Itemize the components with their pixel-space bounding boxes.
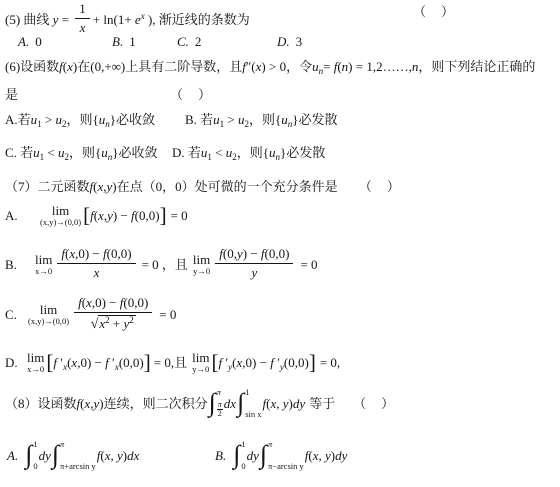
radical-sign: √ [91, 317, 99, 332]
math-segment: dy [39, 448, 51, 463]
fraction-denominator: x [75, 18, 90, 35]
left-bracket: [ [211, 352, 218, 373]
math-segment: 1 [79, 1, 86, 16]
math-segment: B. 若 [185, 112, 213, 127]
math-segment: ″( [246, 59, 256, 74]
q5-option-a: A.0 [18, 34, 42, 51]
outer-integral: ∫ππ2 [209, 388, 223, 418]
integral-upper-bound: 1 [245, 388, 261, 397]
math-segment: ) > 0，令 [261, 59, 312, 74]
math-segment: )连续，则二次积分 [99, 396, 207, 411]
math-segment: x [94, 265, 100, 280]
math-segment: (5) 曲线 [5, 12, 53, 27]
math-segment: （8）设函数 [5, 396, 77, 411]
integral-upper-bound: 1 [33, 440, 37, 449]
option-label: A. [18, 34, 29, 49]
q7c-fraction: f(x,0) − f(0,0)√x2 + y2 [74, 296, 152, 333]
q5-answer-blank: （ ） [413, 4, 455, 21]
option-value: 2 [195, 34, 202, 49]
math-segment: dy [247, 448, 259, 463]
limit-operator: limy→0 [192, 351, 209, 374]
limit-operator: lim(x,y)→(0,0) [28, 303, 69, 326]
math-segment: )在(0,+∞)上具有二阶导数，且 [73, 59, 242, 74]
q8-option-a: A.∫10dy∫ππ+arcsin yf(x, y)dx [7, 442, 139, 472]
integral-sign: ∫ [260, 440, 267, 469]
equals-zero: = 0 [300, 257, 317, 272]
limit-operator: limx→0 [27, 351, 44, 374]
math-segment: y [251, 265, 257, 280]
math-segment: > [224, 112, 238, 127]
math-segment: )在点（0，0）处可微的一个充分条件是 [112, 179, 337, 194]
math-segment: ) = 1,2……, [348, 59, 412, 74]
right-bracket: ] [160, 205, 167, 226]
math-segment: ，则{ [69, 145, 101, 160]
q8-stem: （8）设函数f(x,y)连续，则二次积分∫ππ2dx∫1sin xf(x, y)… [5, 390, 560, 420]
math-segment: ), 渐近线的条数为 [145, 12, 250, 27]
q5-option-b: B.1 [112, 34, 136, 51]
math-segment: < [212, 145, 226, 160]
option-label: D. [5, 355, 25, 372]
math-segment: dy [335, 448, 347, 463]
integral-sign: ∫ [52, 440, 59, 469]
option-label: D. [277, 34, 290, 49]
math-segment: }必收敛 [112, 145, 157, 160]
q6-stem-tail: 是 [5, 87, 18, 102]
q8-equals-text: 等于 [309, 396, 335, 411]
right-bracket: ] [309, 352, 316, 373]
q5-stem: (5) 曲线 y = 1x+ ln(1+ ex ), 渐近线的条数为 （ ） [5, 4, 560, 38]
q7-option-a: A.lim(x,y)→(0,0)[f(x,y) − f(0,0)]= 0 [5, 206, 560, 229]
q8b-integrand: f(x, y)dy [305, 448, 348, 463]
math-segment: (0,0) [135, 208, 160, 223]
equals-and: = 0,且 [154, 355, 187, 370]
integral-sign: ∫ [233, 440, 240, 469]
q6-option-b: B. 若u1 > u2，则{un}必发散 [185, 112, 338, 129]
q5-option-c: C.2 [177, 34, 201, 51]
option-label: B. [112, 34, 123, 49]
q7b-fraction-2: f(0,y) − f(0,0)y [215, 247, 293, 281]
integral-upper-bound: π [60, 440, 96, 449]
q6-stem-line2: 是 （ ） [5, 87, 560, 104]
math-segment: x [80, 20, 86, 35]
math-segment: (0,0) [265, 246, 290, 261]
q6-stem-text: (6)设函数f(x)在(0,+∞)上具有二阶导数，且f″(x) > 0，令un=… [5, 59, 535, 74]
q8-stem-text: （8）设函数f(x,y)连续，则二次积分 [5, 396, 208, 411]
q7b-fraction-1: f(x,0) − f(0,0)x [57, 247, 135, 281]
q6-option-c: C. 若u1 < u2，则{un}必收敛 [5, 145, 158, 162]
left-bracket: [ [83, 205, 90, 226]
math-segment: ,0) − [242, 355, 270, 370]
math-segment: D. 若 [172, 145, 201, 160]
math-segment: (6)设函数 [5, 59, 59, 74]
fraction-numerator: 1 [75, 2, 90, 18]
math-segment: ，则{ [237, 145, 269, 160]
inner-integral: ∫ππ−arcsin y [260, 440, 304, 470]
option-label: A. [7, 448, 18, 463]
integral-lower-bound: π+arcsin y [60, 462, 96, 471]
option-value: 3 [296, 34, 303, 49]
equals-and: = 0 ，且 [142, 257, 188, 272]
math-segment: = [323, 59, 334, 74]
math-segment: dx [127, 448, 139, 463]
q7-stem-text: （7）二元函数f(x,y)在点（0，0）处可微的一个充分条件是 [5, 179, 338, 194]
math-segment: (0,0) [107, 246, 132, 261]
math-segment: A.若 [5, 112, 31, 127]
math-segment: (0,0) [119, 355, 144, 370]
q8-answer-blank: （ ） [353, 396, 395, 411]
q7-option-d: D.limx→0[f ′x(x,0) − f ′x(0,0)]= 0,且limy… [5, 353, 560, 376]
integral-lower-bound: π−arcsin y [268, 462, 304, 471]
inner-integral: ∫ππ+arcsin y [52, 440, 96, 470]
math-segment: }必发散 [280, 145, 325, 160]
exam-document: (5) 曲线 y = 1x+ ln(1+ ex ), 渐近线的条数为 （ ） A… [0, 0, 560, 487]
math-segment: ) − [113, 208, 131, 223]
math-segment: (0,0) [123, 295, 148, 310]
q7d-expression-2: f ′y(x,0) − f ′y(0,0) [218, 355, 308, 370]
integral-sign: ∫ [209, 388, 216, 417]
math-segment: dy [293, 396, 305, 411]
q7-stem: （7）二元函数f(x,y)在点（0，0）处可微的一个充分条件是 （ ） [5, 179, 560, 196]
q7a-expression: f(x,y) − f(0,0) [90, 208, 160, 223]
math-segment: + [110, 316, 124, 331]
math-segment: ) − [243, 246, 261, 261]
q7-option-b: B.limx→0f(x,0) − f(0,0)x= 0 ，且limy→0f(0,… [5, 249, 560, 283]
option-value: 0 [35, 34, 42, 49]
limit-operator: lim(x,y)→(0,0) [40, 204, 81, 227]
left-bracket: [ [46, 352, 53, 373]
math-segment: < [44, 145, 58, 160]
option-value: 1 [129, 34, 136, 49]
math-segment: C. 若 [5, 145, 33, 160]
q8a-integrand: f(x, y)dx [97, 448, 140, 463]
option-label: B. [215, 448, 226, 463]
option-label: A. [5, 208, 38, 225]
q7-answer-blank: （ ） [359, 179, 401, 194]
integral-lower-bound: 0 [241, 462, 245, 471]
q8-integrand: f(x, y)dy [262, 396, 305, 411]
math-segment: ,0) − [75, 246, 103, 261]
equals-zero: = 0 [171, 208, 188, 223]
outer-integral: ∫10 [25, 440, 37, 470]
radicand: x2 + y2 [98, 315, 135, 331]
math-segment: dx [224, 396, 236, 411]
integral-upper-bound: 1 [241, 440, 245, 449]
math-segment: ，则{ [249, 112, 281, 127]
math-segment: }必发散 [292, 112, 337, 127]
limit-operator: limx→0 [35, 253, 52, 276]
q7d-expression-1: f ′x(x,0) − f ′x(0,0) [53, 355, 143, 370]
q5-stem-pre: (5) 曲线 y = [5, 12, 72, 27]
q5-option-d: D.3 [277, 34, 302, 51]
equals-zero: = 0 [159, 307, 176, 322]
q6-option-a: A.若u1 > u2，则{un}必收敛 [5, 112, 155, 129]
q6-answer-blank: （ ） [170, 87, 212, 104]
math-segment: }必收敛 [110, 112, 155, 127]
integral-lower-bound: π2 [217, 401, 223, 418]
math-segment: （7）二元函数 [5, 179, 90, 194]
q6-stem-line1: (6)设函数f(x)在(0,+∞)上具有二阶导数，且f″(x) > 0，令un=… [5, 59, 560, 76]
math-segment: > [42, 112, 56, 127]
math-segment: + ln(1+ [93, 12, 135, 27]
q6-option-d: D. 若u1 < u2，则{un}必发散 [172, 145, 325, 162]
dy-differential: dy [39, 448, 51, 463]
integral-sign: ∫ [25, 440, 32, 469]
q5-fraction: 1x [75, 2, 90, 36]
option-label: C. [177, 34, 189, 49]
math-segment: (0, [223, 246, 237, 261]
option-label: C. [5, 307, 26, 324]
dx-differential: dx [224, 396, 236, 411]
limit-operator: limy→0 [193, 253, 210, 276]
math-segment: (0,0) [284, 355, 309, 370]
outer-integral: ∫10 [233, 440, 245, 470]
inner-integral: ∫1sin x [237, 388, 261, 418]
equals-zero: = 0, [320, 355, 340, 370]
q5-stem-post: + ln(1+ ex ), 渐近线的条数为 [93, 12, 250, 27]
integral-sign: ∫ [237, 388, 244, 417]
math-segment: ,0) − [92, 295, 120, 310]
integral-upper-bound: π [268, 440, 304, 449]
math-segment: 2 [129, 315, 134, 325]
integral-lower-bound: 0 [33, 462, 37, 471]
right-bracket: ] [144, 352, 151, 373]
math-segment: = [58, 12, 72, 27]
dy-differential: dy [247, 448, 259, 463]
option-label: B. [5, 257, 33, 274]
math-segment: ，则{ [66, 112, 98, 127]
integral-lower-bound: sin x [245, 410, 261, 419]
q8-option-b: B.∫10dy∫ππ−arcsin yf(x, y)dy [215, 442, 347, 472]
math-segment: ,0) − [77, 355, 105, 370]
integral-upper-bound: π [217, 388, 223, 397]
q7-option-c: C.lim(x,y)→(0,0)f(x,0) − f(0,0)√x2 + y2=… [5, 298, 560, 335]
math-segment: ，则下列结论正确的 [418, 59, 535, 74]
